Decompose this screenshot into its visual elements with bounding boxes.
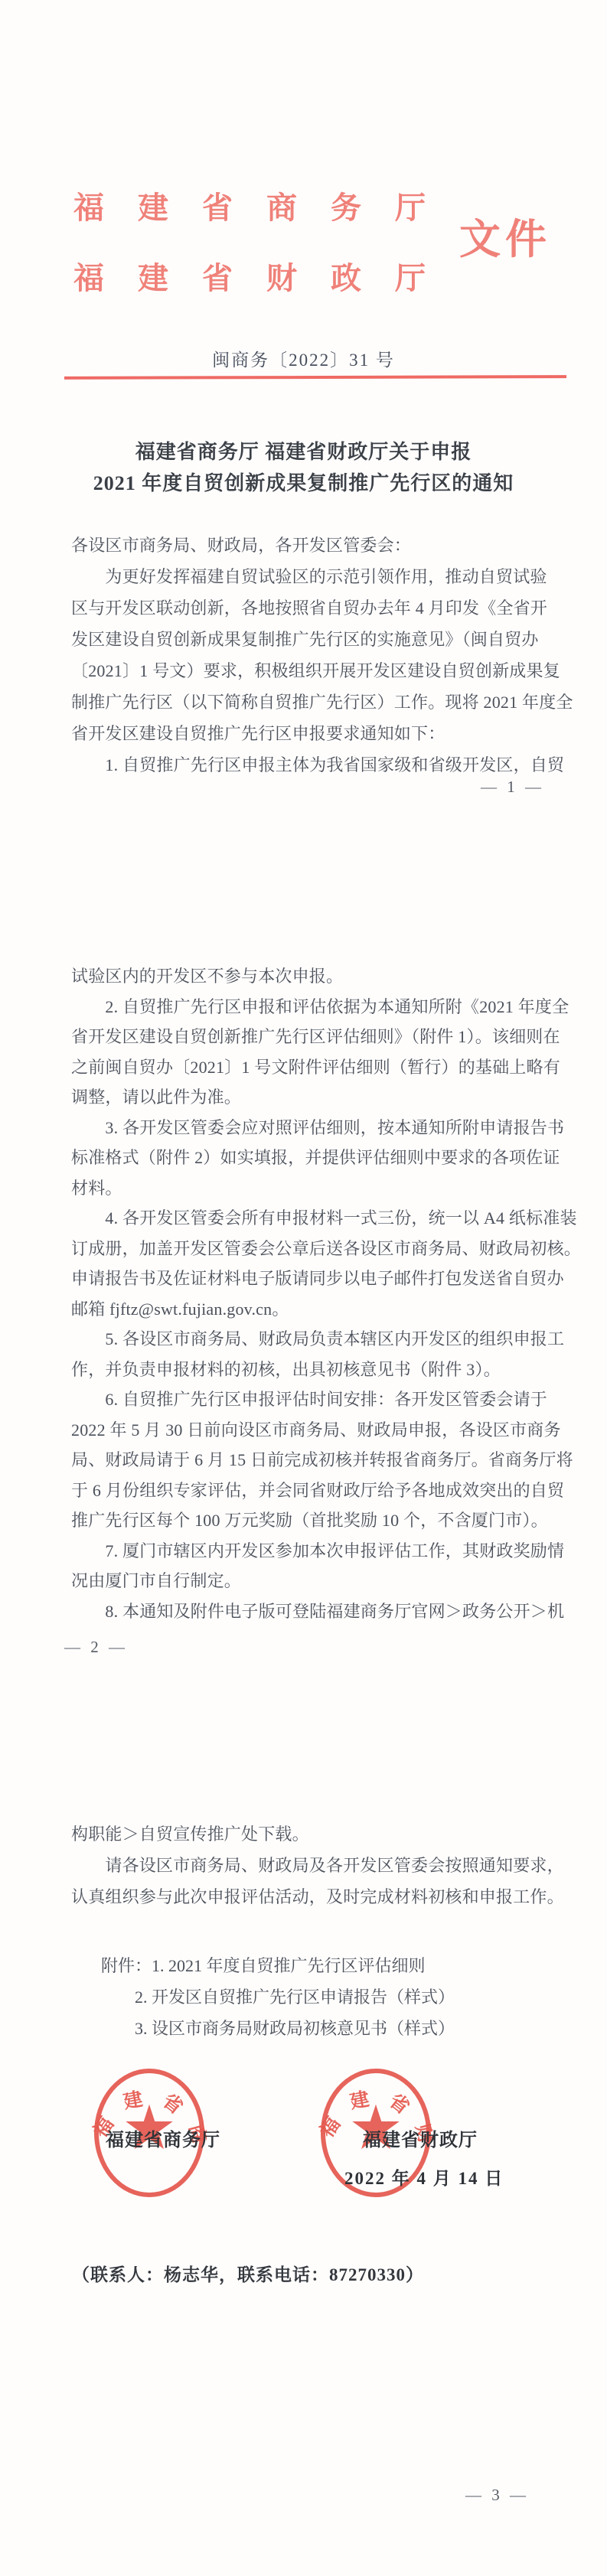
body-line: 1. 自贸推广先行区申报主体为我省国家级和省级开发区，自贸 bbox=[71, 749, 543, 781]
signer-name-finance: 福建省财政厅 bbox=[363, 2124, 478, 2151]
body-line: 制推广先行区（以下简称自贸推广先行区）工作。现将 2021 年度全 bbox=[71, 686, 543, 718]
letterhead-agency-finance: 福建省财政厅 bbox=[73, 254, 502, 298]
letterhead-agency-commerce: 福建省商务厅 bbox=[73, 184, 502, 227]
page-number-2: — 2 — bbox=[64, 1638, 128, 1657]
body-line: 各设区市商务局、财政局，各开发区管委会： bbox=[71, 530, 543, 561]
body-line: 试验区内的开发区不参与本次申报。 bbox=[71, 961, 543, 992]
body-line: 作，并负责申报材料的初核，出具初核意见书（附件 3）。 bbox=[71, 1355, 543, 1385]
body-line: 8. 本通知及附件电子版可登陆福建商务厅官网＞政务公开＞机 bbox=[71, 1596, 543, 1627]
body-line: 况由厦门市自行制定。 bbox=[71, 1566, 543, 1596]
body-line: 调整，请以此件为准。 bbox=[71, 1082, 543, 1113]
attachment-item-1: 附件：1. 2021 年度自贸推广先行区评估细则 bbox=[101, 1950, 455, 1981]
body-line: 省开发区建设自贸创新推广先行区评估细则》（附件 1）。该细则在 bbox=[71, 1022, 543, 1052]
page-number-3: — 3 — bbox=[465, 2486, 529, 2505]
page1-body: 各设区市商务局、财政局，各开发区管委会： 为更好发挥福建自贸试验区的示范引领作用… bbox=[71, 530, 543, 781]
body-line: 省开发区建设自贸推广先行区申报要求通知如下： bbox=[71, 718, 543, 749]
page2-body: 试验区内的开发区不参与本次申报。 2. 自贸推广先行区申报和评估依据为本通知所附… bbox=[71, 961, 543, 1626]
body-line: 4. 各开发区管委会所有申报材料一式三份，统一以 A4 纸标准装 bbox=[71, 1203, 543, 1234]
body-line: 5. 各设区市商务局、财政局负责本辖区内开发区的组织申报工 bbox=[71, 1324, 543, 1355]
document-title-line2: 2021 年度自贸创新成果复制推广先行区的通知 bbox=[0, 468, 607, 499]
body-line: 请各设区市商务局、财政局及各开发区管委会按照通知要求， bbox=[71, 1850, 543, 1881]
body-line: 推广先行区每个 100 万元奖励（首批奖励 10 个，不含厦门市）。 bbox=[71, 1505, 543, 1536]
letterhead-file-label: 文件 bbox=[459, 207, 551, 266]
body-line: 邮箱 fjftz@swt.fujian.gov.cn。 bbox=[71, 1294, 543, 1325]
body-line: 之前闽自贸办〔2021〕1 号文附件评估细则（暂行）的基础上略有 bbox=[71, 1052, 543, 1083]
attachment-item-3: 3. 设区市商务局财政局初核意见书（样式） bbox=[135, 2013, 455, 2044]
body-line: 为更好发挥福建自贸试验区的示范引领作用，推动自贸试验 bbox=[71, 561, 543, 592]
body-line: 2022 年 5 月 30 日前向设区市商务局、财政局申报，各设区市商务 bbox=[71, 1415, 543, 1446]
signature-date: 2022 年 4 月 14 日 bbox=[344, 2164, 504, 2190]
signer-name-commerce: 福建省商务厅 bbox=[106, 2124, 220, 2151]
page3-body: 构职能＞自贸宣传推广处下载。 请各设区市商务局、财政局及各开发区管委会按照通知要… bbox=[71, 1818, 543, 1912]
body-line: 标准格式（附件 2）如实填报，并提供评估细则中要求的各项佐证 bbox=[71, 1143, 543, 1173]
document-title-line1: 福建省商务厅 福建省财政厅关于申报 bbox=[0, 436, 607, 468]
body-line: 构职能＞自贸宣传推广处下载。 bbox=[71, 1818, 543, 1850]
body-line: 局、财政局请于 6 月 15 日前完成初核并转报省商务厅。省商务厅将 bbox=[71, 1445, 543, 1475]
body-line: 3. 各开发区管委会应对照评估细则，按本通知所附申请报告书 bbox=[71, 1113, 543, 1143]
letterhead-divider-rule bbox=[64, 375, 566, 380]
document-title: 福建省商务厅 福建省财政厅关于申报 2021 年度自贸创新成果复制推广先行区的通… bbox=[0, 436, 607, 499]
body-line: 申请报告书及佐证材料电子版请同步以电子邮件打包发送省自贸办 bbox=[71, 1264, 543, 1294]
contact-info: （联系人：杨志华，联系电话：87270330） bbox=[72, 2261, 424, 2286]
body-line: 〔2021〕1 号文）要求，积极组织开展开发区建设自贸创新成果复 bbox=[71, 655, 543, 686]
document-number: 闽商务〔2022〕31 号 bbox=[0, 346, 607, 371]
body-line: 于 6 月份组织专家评估，并会同省财政厅给予各地成效突出的自贸 bbox=[71, 1475, 543, 1506]
body-line: 材料。 bbox=[71, 1173, 543, 1204]
body-line: 订成册，加盖开发区管委会公章后送各设区市商务局、财政局初核。 bbox=[71, 1234, 543, 1264]
body-line: 认真组织参与此次申报评估活动，及时完成材料初核和申报工作。 bbox=[71, 1881, 543, 1912]
scanned-document-sheet: 福建省商务厅 福建省财政厅 文件 闽商务〔2022〕31 号 福建省商务厅 福建… bbox=[0, 0, 607, 2576]
body-line: 区与开发区联动创新，各地按照省自贸办去年 4 月印发《全省开 bbox=[71, 592, 543, 624]
body-line: 2. 自贸推广先行区申报和评估依据为本通知所附《2021 年度全 bbox=[71, 992, 543, 1022]
attachment-item-2: 2. 开发区自贸推广先行区申请报告（样式） bbox=[135, 1981, 455, 2013]
attachment-list: 附件：1. 2021 年度自贸推广先行区评估细则 2. 开发区自贸推广先行区申请… bbox=[101, 1950, 455, 2044]
page-number-1: — 1 — bbox=[481, 778, 544, 797]
body-line: 发区建设自贸创新成果复制推广先行区的实施意见》（闽自贸办 bbox=[71, 624, 543, 655]
body-line: 6. 自贸推广先行区申报评估时间安排：各开发区管委会请于 bbox=[71, 1384, 543, 1415]
body-line: 7. 厦门市辖区内开发区参加本次申报评估工作，其财政奖励情 bbox=[71, 1536, 543, 1567]
